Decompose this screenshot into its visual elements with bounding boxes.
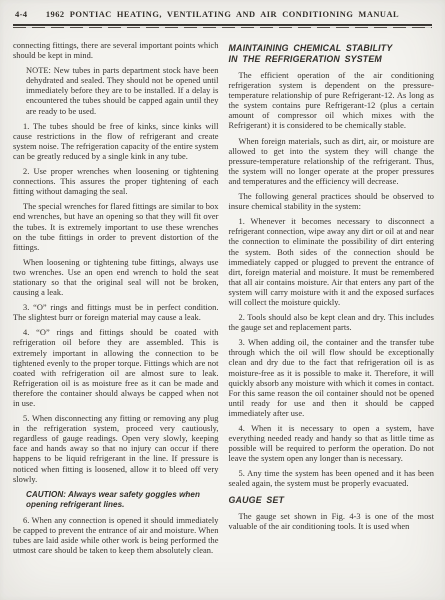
paragraph-indent: When foreign materials, such as dirt, ai… xyxy=(229,137,435,187)
right-column: MAINTAINING CHEMICAL STABILITY IN THE RE… xyxy=(229,41,435,561)
section-heading: MAINTAINING CHEMICAL STABILITY IN THE RE… xyxy=(229,43,435,65)
paragraph-indent: 6. When any connection is opened it shou… xyxy=(13,516,219,556)
section-heading: GAUGE SET xyxy=(229,495,435,506)
paragraph-indent: The gauge set shown in Fig. 4-3 is one o… xyxy=(229,512,435,532)
paragraph-indent: 5. Any time the system has been opened a… xyxy=(229,469,435,489)
paragraph-indent: 5. When disconnecting any fitting or rem… xyxy=(13,414,219,485)
page-header: 4-4 1962 PONTIAC HEATING, VENTILATING AN… xyxy=(0,0,445,22)
page-body: connecting fittings, there are several i… xyxy=(0,28,445,561)
paragraph-indent: 4. When it is necessary to open a system… xyxy=(229,424,435,464)
header-title: 1962 PONTIAC HEATING, VENTILATING AND AI… xyxy=(14,10,431,19)
paragraph-indent: The special wrenches for flared fittings… xyxy=(13,202,219,252)
paragraph-indent: 1. The tubes should be free of kinks, si… xyxy=(13,122,219,162)
paragraph-indent: When loosening or tightening tube fittin… xyxy=(13,258,219,298)
paragraph-indent: 2. Use proper wrenches when loosening or… xyxy=(13,167,219,197)
manual-page: 4-4 1962 PONTIAC HEATING, VENTILATING AN… xyxy=(0,0,445,600)
page-number: 4-4 xyxy=(15,9,27,19)
paragraph-indent: 2. Tools should also be kept clean and d… xyxy=(229,313,435,333)
header-rule-solid xyxy=(13,24,432,26)
paragraph-indent: 3. When adding oil, the container and th… xyxy=(229,338,435,419)
paragraph-indent: 1. Whenever it becomes necessary to disc… xyxy=(229,217,435,308)
paragraph-indent: The following general practices should b… xyxy=(229,192,435,212)
paragraph-note: NOTE: New tubes in parts department stoc… xyxy=(26,66,219,116)
paragraph-indent: 3. “O” rings and fittings must be in per… xyxy=(13,303,219,323)
paragraph-opening: connecting fittings, there are several i… xyxy=(13,41,219,61)
left-column: connecting fittings, there are several i… xyxy=(13,41,219,561)
paragraph-caution: CAUTION: Always wear safety goggles when… xyxy=(26,490,219,511)
paragraph-indent: 4. “O” rings and fittings should be coat… xyxy=(13,328,219,409)
paragraph-indent: The efficient operation of the air condi… xyxy=(229,71,435,132)
